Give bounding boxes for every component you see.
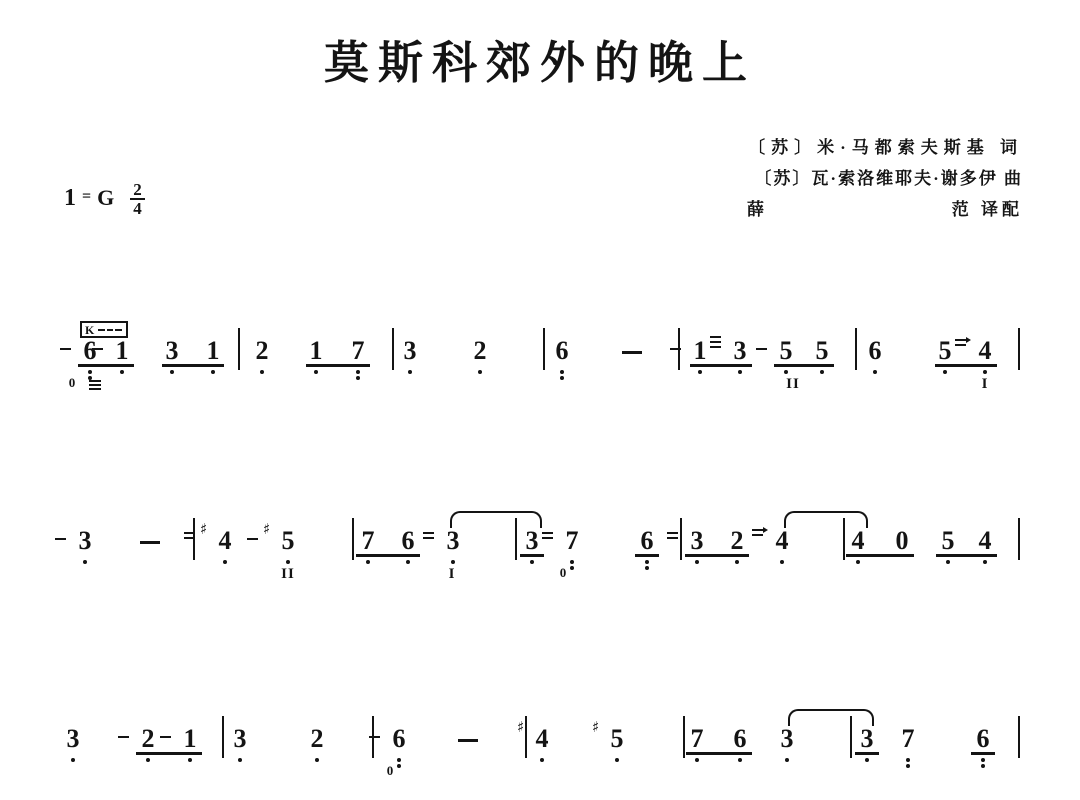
string-indicator	[756, 348, 768, 353]
note-digit: 6	[556, 340, 569, 362]
note-digit: 5	[939, 340, 952, 362]
note-digit: 3	[166, 340, 179, 362]
octave-dot	[356, 376, 360, 380]
string-indicator	[118, 736, 130, 741]
note-digit: 4	[776, 530, 789, 552]
octave-dot	[873, 370, 877, 374]
note-digit: 7	[362, 530, 375, 552]
note-digit: 6	[977, 728, 990, 750]
barline	[683, 716, 685, 758]
open-string-zero: 0	[560, 566, 567, 579]
note-digit: 4	[219, 530, 232, 552]
string-indicator	[55, 538, 67, 543]
note-digit: 6	[393, 728, 406, 750]
note-digit: 3	[447, 530, 460, 552]
score-line-1: III0K61312173261355654	[0, 340, 1080, 410]
octave-dot	[943, 370, 947, 374]
position-roman-numeral: I	[982, 376, 989, 393]
octave-dot	[560, 370, 564, 374]
octave-dot	[780, 560, 784, 564]
octave-dot	[906, 764, 910, 768]
octave-dot	[451, 560, 455, 564]
note-digit: 0	[896, 530, 909, 552]
note-digit: 5	[611, 728, 624, 750]
note-digit: 5	[816, 340, 829, 362]
note-digit: 7	[902, 728, 915, 750]
string-indicator	[710, 336, 722, 351]
octave-dot	[981, 764, 985, 768]
note-digit: 1	[694, 340, 707, 362]
note-digit: 3	[734, 340, 747, 362]
octave-dot	[645, 566, 649, 570]
note-digit: 6	[869, 340, 882, 362]
octave-dot	[560, 376, 564, 380]
string-indicator	[752, 529, 764, 539]
octave-dot	[906, 758, 910, 762]
sharp-sign: ♯	[517, 720, 524, 735]
note-digit: 6	[734, 728, 747, 750]
octave-dot	[785, 758, 789, 762]
barline	[525, 716, 527, 758]
octave-dot	[408, 370, 412, 374]
note-digit: 7	[352, 340, 365, 362]
string-indicator	[60, 348, 72, 353]
octave-dot	[211, 370, 215, 374]
octave-dot	[170, 370, 174, 374]
octave-dot	[397, 758, 401, 762]
octave-dot	[71, 758, 75, 762]
string-indicator	[542, 532, 554, 542]
sharp-sign: ♯	[263, 522, 270, 537]
octave-dot	[286, 560, 290, 564]
octave-dot	[314, 370, 318, 374]
octave-dot	[983, 370, 987, 374]
string-lines-mark	[89, 380, 101, 392]
octave-dot	[146, 758, 150, 762]
note-digit: 6	[402, 530, 415, 552]
octave-dot	[570, 560, 574, 564]
octave-dot	[88, 376, 92, 380]
octave-dot	[735, 560, 739, 564]
octave-dot	[83, 560, 87, 564]
octave-dot	[698, 370, 702, 374]
string-indicator	[670, 348, 682, 353]
barline	[1018, 518, 1020, 560]
note-digit: 4	[979, 340, 992, 362]
note-digit: 7	[566, 530, 579, 552]
note-digit: 5	[942, 530, 955, 552]
half-note-dash	[458, 739, 478, 742]
barline	[222, 716, 224, 758]
string-indicator	[92, 348, 104, 353]
octave-dot	[397, 764, 401, 768]
octave-dot	[260, 370, 264, 374]
note-digit: 3	[691, 530, 704, 552]
barline	[392, 328, 394, 370]
score-notation: III0K61312173261355654III034♯5♯763376324…	[0, 0, 1080, 800]
barline	[543, 328, 545, 370]
barline	[855, 328, 857, 370]
note-digit: 3	[234, 728, 247, 750]
octave-dot	[615, 758, 619, 762]
string-indicator	[667, 532, 679, 542]
octave-dot	[366, 560, 370, 564]
note-digit: 2	[731, 530, 744, 552]
note-digit: 1	[310, 340, 323, 362]
string-indicator	[160, 736, 172, 741]
octave-dot	[406, 560, 410, 564]
octave-dot	[120, 370, 124, 374]
position-roman-numeral: I	[449, 566, 456, 583]
note-digit: 3	[404, 340, 417, 362]
note-digit: 2	[142, 728, 155, 750]
string-indicator	[955, 339, 967, 349]
score-line-3: 03213264♯5♯763376	[0, 728, 1080, 798]
note-digit: 6	[641, 530, 654, 552]
octave-dot	[738, 758, 742, 762]
note-digit: 2	[256, 340, 269, 362]
octave-dot	[856, 560, 860, 564]
string-indicator	[247, 538, 259, 543]
half-note-dash	[622, 351, 642, 354]
open-string-zero: 0	[387, 764, 394, 777]
octave-dot	[570, 566, 574, 570]
open-string-zero: 0	[69, 376, 76, 389]
string-indicator	[423, 532, 435, 542]
note-digit: 1	[116, 340, 129, 362]
note-digit: 7	[691, 728, 704, 750]
note-digit: 2	[474, 340, 487, 362]
sharp-sign: ♯	[592, 720, 599, 735]
position-roman-numeral: II	[786, 376, 800, 393]
string-indicator	[369, 736, 381, 741]
octave-dot	[315, 758, 319, 762]
position-roman-numeral: II	[281, 566, 295, 583]
barline	[680, 518, 682, 560]
octave-dot	[820, 370, 824, 374]
octave-dot	[981, 758, 985, 762]
half-note-dash	[140, 541, 160, 544]
barline	[1018, 716, 1020, 758]
octave-dot	[738, 370, 742, 374]
barline	[238, 328, 240, 370]
octave-dot	[946, 560, 950, 564]
note-digit: 3	[861, 728, 874, 750]
octave-dot	[238, 758, 242, 762]
note-digit: 1	[207, 340, 220, 362]
note-digit: 5	[282, 530, 295, 552]
string-indicator	[184, 532, 196, 542]
barline	[1018, 328, 1020, 370]
note-digit: 3	[67, 728, 80, 750]
octave-dot	[88, 370, 92, 374]
note-digit: 3	[79, 530, 92, 552]
octave-dot	[695, 560, 699, 564]
note-digit: 1	[184, 728, 197, 750]
octave-dot	[695, 758, 699, 762]
note-digit: 3	[526, 530, 539, 552]
note-digit: 5	[780, 340, 793, 362]
octave-dot	[223, 560, 227, 564]
barline	[352, 518, 354, 560]
octave-dot	[478, 370, 482, 374]
octave-dot	[530, 560, 534, 564]
octave-dot	[865, 758, 869, 762]
note-digit: 2	[311, 728, 324, 750]
octave-dot	[356, 370, 360, 374]
octave-dot	[645, 560, 649, 564]
octave-dot	[983, 560, 987, 564]
octave-dot	[540, 758, 544, 762]
capo-box-label: K	[85, 324, 94, 336]
note-digit: 3	[781, 728, 794, 750]
note-digit: 4	[852, 530, 865, 552]
octave-dot	[784, 370, 788, 374]
sheet-music-page: 莫斯科郊外的晚上 〔苏〕米·马都索夫斯基 词 〔苏〕瓦·索洛维耶夫·谢多伊 曲 …	[0, 0, 1080, 800]
sharp-sign: ♯	[200, 522, 207, 537]
note-digit: 4	[536, 728, 549, 750]
octave-dot	[188, 758, 192, 762]
note-digit: 4	[979, 530, 992, 552]
score-line-2: III034♯5♯7633763244054	[0, 530, 1080, 600]
